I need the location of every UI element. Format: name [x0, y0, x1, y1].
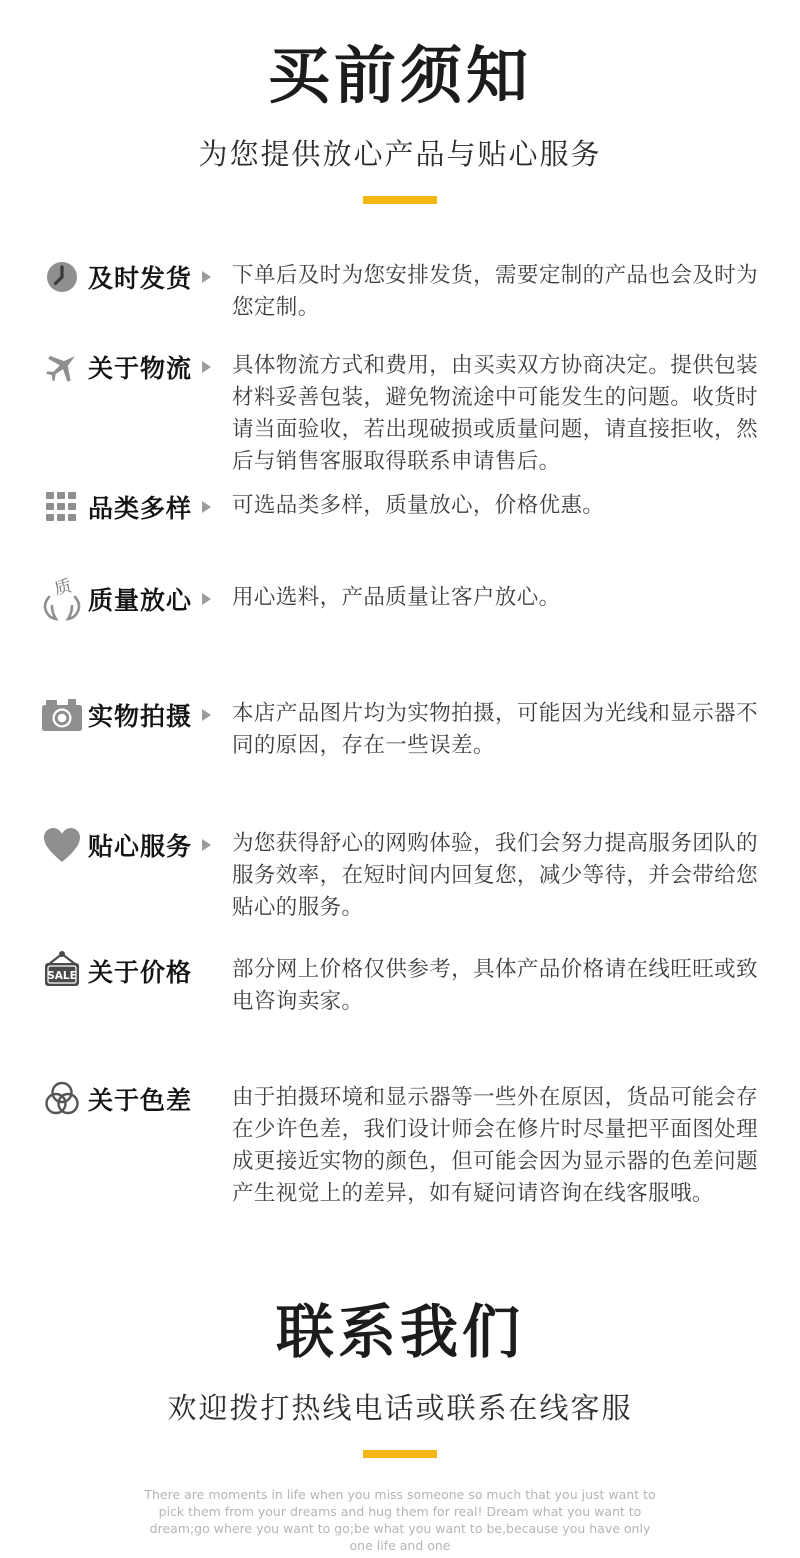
buyer-notice-page: 买前须知 为您提供放心产品与贴心服务 及时发货 下单后及时为您安排发货，需要定制…	[0, 0, 800, 1558]
arrow-right-icon	[202, 271, 211, 283]
hands-quality-icon: 质	[40, 577, 84, 621]
camera-icon	[40, 697, 84, 733]
arrow-right-icon	[202, 593, 211, 605]
header-section: 买前须知 为您提供放心产品与贴心服务	[0, 0, 800, 204]
notice-body: 可选品类多样，质量放心，价格优惠。	[232, 490, 758, 522]
grid-icon	[40, 492, 84, 522]
contact-section: 联系我们 欢迎拨打热线电话或联系在线客服	[0, 1210, 800, 1458]
page-title: 买前须知	[0, 42, 800, 110]
contact-subtitle: 欢迎拨打热线电话或联系在线客服	[0, 1388, 800, 1428]
notice-title: 贴心服务	[88, 827, 192, 863]
notice-body: 下单后及时为您安排发货，需要定制的产品也会及时为您定制。	[232, 260, 758, 324]
notice-item-real-photos: 实物拍摄 本店产品图片均为实物拍摄，可能因为光线和显示器不同的原因，存在一些误差…	[40, 698, 758, 762]
notice-title: 实物拍摄	[88, 697, 192, 733]
notice-item-quality: 质 质量放心 用心选料，产品质量让客户放心。	[40, 582, 758, 616]
contact-title: 联系我们	[0, 1300, 800, 1364]
notice-item-logistics: 关于物流 具体物流方式和费用，由买卖双方协商决定。提供包装材料妥善包装，避免物流…	[40, 350, 758, 478]
sale-label: SALE	[47, 970, 77, 982]
notice-item-caring-service: 贴心服务 为您获得舒心的网购体验，我们会努力提高服务团队的服务效率，在短时间内回…	[40, 828, 758, 924]
notice-item-price: SALE 关于价格 部分网上价格仅供参考，具体产品价格请在线旺旺或致电咨询卖家。	[40, 954, 758, 1018]
notice-body: 由于拍摄环境和显示器等一些外在原因，货品可能会存在少许色差，我们设计师会在修片时…	[232, 1082, 758, 1210]
notice-item-variety: 品类多样 可选品类多样，质量放心，价格优惠。	[40, 490, 758, 524]
notice-title: 关于物流	[88, 349, 192, 385]
notice-body: 具体物流方式和费用，由买卖双方协商决定。提供包装材料妥善包装，避免物流途中可能发…	[232, 350, 758, 478]
notice-title: 及时发货	[88, 259, 192, 295]
quality-character: 质	[52, 577, 73, 600]
notice-body: 本店产品图片均为实物拍摄，可能因为光线和显示器不同的原因，存在一些误差。	[232, 698, 758, 762]
gold-divider-bar	[363, 196, 437, 204]
notice-title: 品类多样	[88, 489, 192, 525]
color-circles-icon	[40, 1078, 84, 1120]
gold-divider-bar	[363, 1450, 437, 1458]
footer-quote: There are moments in life when you miss …	[140, 1486, 660, 1554]
sale-tag-icon: SALE	[40, 950, 84, 992]
notice-item-timely-shipping: 及时发货 下单后及时为您安排发货，需要定制的产品也会及时为您定制。	[40, 260, 758, 324]
notice-body: 用心选料，产品质量让客户放心。	[232, 582, 758, 614]
notice-item-color-difference: 关于色差 由于拍摄环境和显示器等一些外在原因，货品可能会存在少许色差，我们设计师…	[40, 1082, 758, 1210]
arrow-right-icon	[202, 361, 211, 373]
arrow-right-icon	[202, 501, 211, 513]
notice-body: 部分网上价格仅供参考，具体产品价格请在线旺旺或致电咨询卖家。	[232, 954, 758, 1018]
notice-list: 及时发货 下单后及时为您安排发货，需要定制的产品也会及时为您定制。 关于物流 具…	[0, 260, 800, 1210]
heart-icon	[40, 827, 84, 863]
page-subtitle: 为您提供放心产品与贴心服务	[0, 134, 800, 174]
notice-body: 为您获得舒心的网购体验，我们会努力提高服务团队的服务效率，在短时间内回复您，减少…	[232, 828, 758, 924]
notice-title: 关于色差	[88, 1081, 192, 1117]
notice-title: 质量放心	[88, 581, 192, 617]
notice-title: 关于价格	[88, 953, 192, 989]
airplane-icon	[40, 348, 84, 386]
clock-icon	[40, 260, 84, 294]
arrow-right-icon	[202, 839, 211, 851]
arrow-right-icon	[202, 709, 211, 721]
